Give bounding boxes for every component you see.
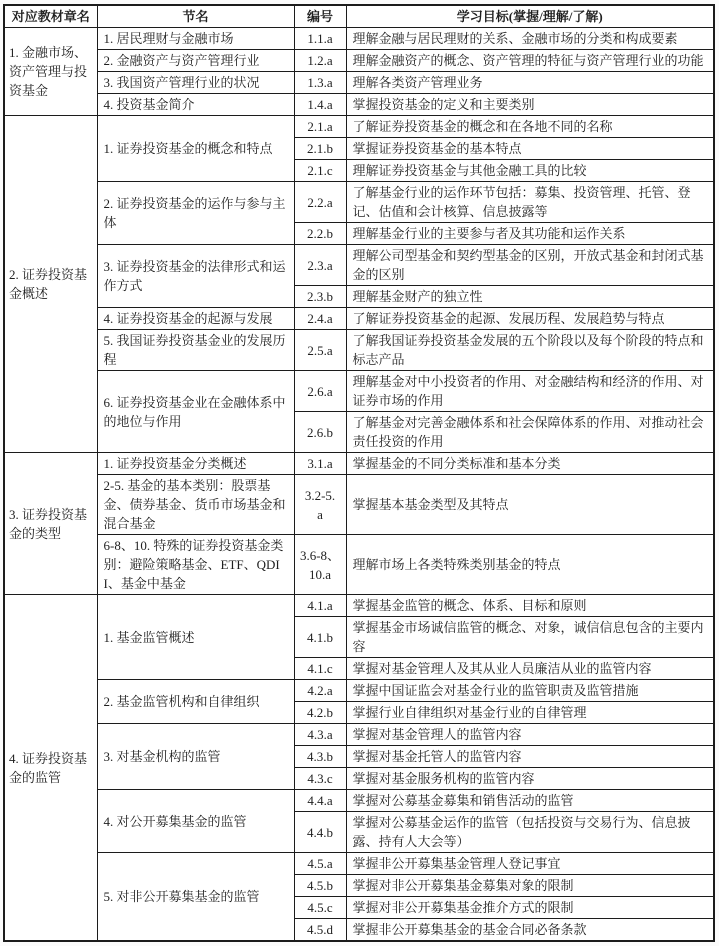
code-cell: 4.3.a bbox=[294, 724, 346, 746]
header-section: 节名 bbox=[97, 5, 294, 28]
code-cell: 4.5.a bbox=[294, 853, 346, 875]
objective-cell: 掌握基本基金类型及其特点 bbox=[346, 475, 714, 535]
table-row: 1. 金融市场、资产管理与投资基金 1. 居民理财与金融市场 1.1.a 理解金… bbox=[4, 28, 714, 50]
code-cell: 2.2.b bbox=[294, 223, 346, 245]
section-cell: 1. 证券投资基金的概念和特点 bbox=[97, 116, 294, 182]
code-cell: 4.4.a bbox=[294, 790, 346, 812]
chapter-cell: 2. 证券投资基金概述 bbox=[4, 116, 97, 453]
section-cell: 3. 我国资产管理行业的状况 bbox=[97, 72, 294, 94]
section-cell: 6. 证券投资基金业在金融体系中的地位与作用 bbox=[97, 371, 294, 453]
table-row: 4. 投资基金简介 1.4.a 掌握投资基金的定义和主要类别 bbox=[4, 94, 714, 116]
objective-cell: 掌握基金市场诚信监管的概念、对象，诚信信息包含的主要内容 bbox=[346, 617, 714, 658]
objective-cell: 掌握对基金服务机构的监管内容 bbox=[346, 768, 714, 790]
objective-cell: 掌握对基金管理人及其从业人员廉洁从业的监管内容 bbox=[346, 658, 714, 680]
code-cell: 3.6-8、 10.a bbox=[294, 535, 346, 595]
section-cell: 1. 居民理财与金融市场 bbox=[97, 28, 294, 50]
objective-cell: 理解基金对中小投资者的作用、对金融结构和经济的作用、对证券市场的作用 bbox=[346, 371, 714, 412]
table-row: 4. 对公开募集基金的监管 4.4.a 掌握对公募基金募集和销售活动的监管 bbox=[4, 790, 714, 812]
table-row: 3. 我国资产管理行业的状况 1.3.a 理解各类资产管理业务 bbox=[4, 72, 714, 94]
section-cell: 4. 对公开募集基金的监管 bbox=[97, 790, 294, 853]
objective-cell: 理解各类资产管理业务 bbox=[346, 72, 714, 94]
section-cell: 5. 对非公开募集基金的监管 bbox=[97, 853, 294, 942]
table-row: 2. 金融资产与资产管理行业 1.2.a 理解金融资产的概念、资产管理的特征与资… bbox=[4, 50, 714, 72]
table-row: 6-8、10. 特殊的证券投资基金类别：避险策略基金、ETF、QDII、基金中基… bbox=[4, 535, 714, 595]
code-cell: 2.2.a bbox=[294, 182, 346, 223]
code-cell: 2.5.a bbox=[294, 330, 346, 371]
code-cell: 2.4.a bbox=[294, 308, 346, 330]
syllabus-table: 对应教材章名 节名 编号 学习目标(掌握/理解/了解) 1. 金融市场、资产管理… bbox=[3, 4, 715, 942]
code-cell: 2.1.b bbox=[294, 138, 346, 160]
objective-cell: 掌握非公开募集基金的基金合同必备条款 bbox=[346, 919, 714, 942]
code-cell: 4.1.c bbox=[294, 658, 346, 680]
code-cell: 1.2.a bbox=[294, 50, 346, 72]
table-row: 4. 证券投资基金的起源与发展 2.4.a 了解证券投资基金的起源、发展历程、发… bbox=[4, 308, 714, 330]
section-cell: 5. 我国证券投资基金业的发展历程 bbox=[97, 330, 294, 371]
section-cell: 4. 证券投资基金的起源与发展 bbox=[97, 308, 294, 330]
table-row: 3. 对基金机构的监管 4.3.a 掌握对基金管理人的监管内容 bbox=[4, 724, 714, 746]
section-cell: 2. 基金监管机构和自律组织 bbox=[97, 680, 294, 724]
table-row: 2. 证券投资基金的运作与参与主体 2.2.a 了解基金行业的运作环节包括：募集… bbox=[4, 182, 714, 223]
objective-cell: 掌握基金监管的概念、体系、目标和原则 bbox=[346, 595, 714, 617]
chapter-cell: 3. 证券投资基金的类型 bbox=[4, 453, 97, 595]
objective-cell: 掌握投资基金的定义和主要类别 bbox=[346, 94, 714, 116]
objective-cell: 掌握对基金托管人的监管内容 bbox=[346, 746, 714, 768]
objective-cell: 掌握对公募基金募集和销售活动的监管 bbox=[346, 790, 714, 812]
objective-cell: 理解市场上各类特殊类别基金的特点 bbox=[346, 535, 714, 595]
section-cell: 2-5. 基金的基本类别：股票基金、债券基金、货币市场基金和混合基金 bbox=[97, 475, 294, 535]
chapter-cell: 4. 证券投资基金的监管 bbox=[4, 595, 97, 942]
table-row: 2-5. 基金的基本类别：股票基金、债券基金、货币市场基金和混合基金 3.2-5… bbox=[4, 475, 714, 535]
code-cell: 4.1.b bbox=[294, 617, 346, 658]
table-row: 5. 我国证券投资基金业的发展历程 2.5.a 了解我国证券投资基金发展的五个阶… bbox=[4, 330, 714, 371]
code-cell: 1.4.a bbox=[294, 94, 346, 116]
table-row: 6. 证券投资基金业在金融体系中的地位与作用 2.6.a 理解基金对中小投资者的… bbox=[4, 371, 714, 412]
code-cell: 3.2-5. a bbox=[294, 475, 346, 535]
objective-cell: 掌握证券投资基金的基本特点 bbox=[346, 138, 714, 160]
objective-cell: 掌握对非公开募集基金募集对象的限制 bbox=[346, 875, 714, 897]
code-cell: 2.3.a bbox=[294, 245, 346, 286]
section-cell: 2. 证券投资基金的运作与参与主体 bbox=[97, 182, 294, 245]
objective-cell: 了解基金对完善金融体系和社会保障体系的作用、对推动社会责任投资的作用 bbox=[346, 412, 714, 453]
code-cell: 4.5.d bbox=[294, 919, 346, 942]
code-cell: 2.6.b bbox=[294, 412, 346, 453]
objective-cell: 了解我国证券投资基金发展的五个阶段以及每个阶段的特点和标志产品 bbox=[346, 330, 714, 371]
section-cell: 3. 证券投资基金的法律形式和运作方式 bbox=[97, 245, 294, 308]
code-cell: 2.1.c bbox=[294, 160, 346, 182]
table-row: 2. 证券投资基金概述 1. 证券投资基金的概念和特点 2.1.a 了解证券投资… bbox=[4, 116, 714, 138]
objective-cell: 掌握中国证监会对基金行业的监管职责及监管措施 bbox=[346, 680, 714, 702]
code-cell: 4.1.a bbox=[294, 595, 346, 617]
header-row: 对应教材章名 节名 编号 学习目标(掌握/理解/了解) bbox=[4, 5, 714, 28]
code-cell: 4.5.b bbox=[294, 875, 346, 897]
section-cell: 1. 基金监管概述 bbox=[97, 595, 294, 680]
table-row: 3. 证券投资基金的类型 1. 证券投资基金分类概述 3.1.a 掌握基金的不同… bbox=[4, 453, 714, 475]
code-cell: 3.1.a bbox=[294, 453, 346, 475]
section-cell: 1. 证券投资基金分类概述 bbox=[97, 453, 294, 475]
code-cell: 2.1.a bbox=[294, 116, 346, 138]
section-cell: 3. 对基金机构的监管 bbox=[97, 724, 294, 790]
header-code: 编号 bbox=[294, 5, 346, 28]
code-cell: 1.1.a bbox=[294, 28, 346, 50]
code-cell: 2.6.a bbox=[294, 371, 346, 412]
objective-cell: 掌握非公开募集基金管理人登记事宜 bbox=[346, 853, 714, 875]
code-cell: 4.2.a bbox=[294, 680, 346, 702]
section-cell: 6-8、10. 特殊的证券投资基金类别：避险策略基金、ETF、QDII、基金中基… bbox=[97, 535, 294, 595]
chapter-cell: 1. 金融市场、资产管理与投资基金 bbox=[4, 28, 97, 116]
objective-cell: 了解证券投资基金的起源、发展历程、发展趋势与特点 bbox=[346, 308, 714, 330]
objective-cell: 理解基金财产的独立性 bbox=[346, 286, 714, 308]
table-row: 3. 证券投资基金的法律形式和运作方式 2.3.a 理解公司型基金和契约型基金的… bbox=[4, 245, 714, 286]
objective-cell: 理解金融资产的概念、资产管理的特征与资产管理行业的功能 bbox=[346, 50, 714, 72]
objective-cell: 掌握对基金管理人的监管内容 bbox=[346, 724, 714, 746]
objective-cell: 掌握对公募基金运作的监管（包括投资与交易行为、信息披露、持有人大会等） bbox=[346, 812, 714, 853]
objective-cell: 掌握对非公开募集基金推介方式的限制 bbox=[346, 897, 714, 919]
objective-cell: 掌握基金的不同分类标准和基本分类 bbox=[346, 453, 714, 475]
objective-cell: 掌握行业自律组织对基金行业的自律管理 bbox=[346, 702, 714, 724]
code-cell: 4.3.c bbox=[294, 768, 346, 790]
table-row: 2. 基金监管机构和自律组织 4.2.a 掌握中国证监会对基金行业的监管职责及监… bbox=[4, 680, 714, 702]
section-cell: 4. 投资基金简介 bbox=[97, 94, 294, 116]
code-cell: 4.2.b bbox=[294, 702, 346, 724]
table-row: 4. 证券投资基金的监管 1. 基金监管概述 4.1.a 掌握基金监管的概念、体… bbox=[4, 595, 714, 617]
objective-cell: 了解基金行业的运作环节包括：募集、投资管理、托管、登记、估值和会计核算、信息披露… bbox=[346, 182, 714, 223]
objective-cell: 了解证券投资基金的概念和在各地不同的名称 bbox=[346, 116, 714, 138]
code-cell: 4.4.b bbox=[294, 812, 346, 853]
header-chapter: 对应教材章名 bbox=[4, 5, 97, 28]
code-cell: 4.5.c bbox=[294, 897, 346, 919]
table-row: 5. 对非公开募集基金的监管 4.5.a 掌握非公开募集基金管理人登记事宜 bbox=[4, 853, 714, 875]
objective-cell: 理解证券投资基金与其他金融工具的比较 bbox=[346, 160, 714, 182]
code-cell: 4.3.b bbox=[294, 746, 346, 768]
objective-cell: 理解基金行业的主要参与者及其功能和运作关系 bbox=[346, 223, 714, 245]
code-cell: 1.3.a bbox=[294, 72, 346, 94]
objective-cell: 理解公司型基金和契约型基金的区别，开放式基金和封闭式基金的区别 bbox=[346, 245, 714, 286]
header-objective: 学习目标(掌握/理解/了解) bbox=[346, 5, 714, 28]
objective-cell: 理解金融与居民理财的关系、金融市场的分类和构成要素 bbox=[346, 28, 714, 50]
code-cell: 2.3.b bbox=[294, 286, 346, 308]
section-cell: 2. 金融资产与资产管理行业 bbox=[97, 50, 294, 72]
